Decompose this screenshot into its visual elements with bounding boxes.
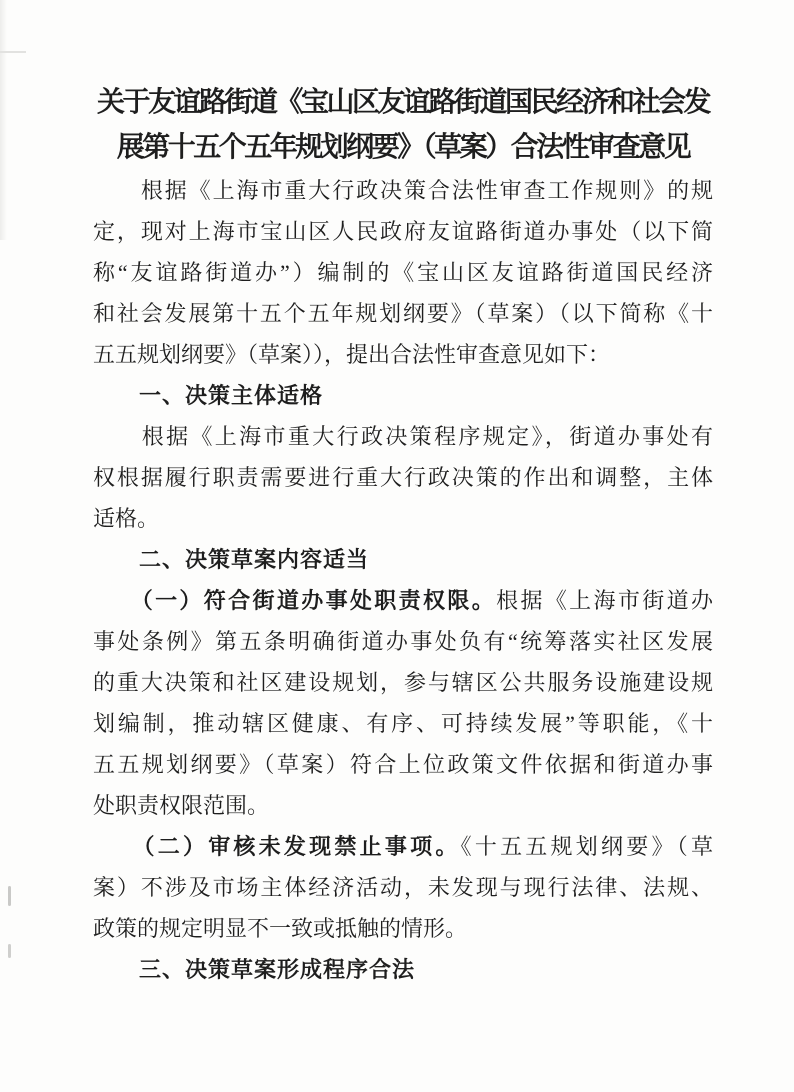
text-segment: 根据《上海市重大行政决策程序规定》，街道办事处有 [93, 424, 713, 449]
bold-text-segment: 一、决策主体适格 [93, 383, 323, 408]
text-segment: 和社会发展第十五个五年规划纲要》（草案）（以下简称《十 [93, 301, 713, 326]
text-segment: 《十五五规划纲要》（草 [461, 834, 713, 859]
text-line: 根据《上海市重大行政决策合法性审查工作规则》的规 [93, 170, 713, 211]
text-segment: 划编制，推动辖区健康、有序、可持续发展”等职能，《十 [93, 711, 713, 736]
document-content: 关于友谊路街道《宝山区友谊路街道国民经济和社会发 展第十五个五年规划纲要》（草案… [93, 0, 713, 990]
bold-text-segment: （二）审核未发现禁止事项。 [93, 834, 461, 859]
text-line: 事处条例》第五条明确街道办事处负有“统筹落实社区发展 [93, 621, 713, 662]
paragraph: 根据《上海市重大行政决策程序规定》，街道办事处有权根据履行职责需要进行重大行政决… [93, 416, 713, 539]
text-segment: 根据《上海市重大行政决策合法性审查工作规则》的规 [93, 178, 713, 203]
document-page: 关于友谊路街道《宝山区友谊路街道国民经济和社会发 展第十五个五年规划纲要》（草案… [0, 0, 794, 1092]
document-title: 关于友谊路街道《宝山区友谊路街道国民经济和社会发 展第十五个五年规划纲要》（草案… [93, 80, 713, 170]
text-segment: 处职责权限范围。 [93, 793, 269, 818]
text-line: 划编制，推动辖区健康、有序、可持续发展”等职能，《十 [93, 703, 713, 744]
text-line: 根据《上海市重大行政决策程序规定》，街道办事处有 [93, 416, 713, 457]
text-segment: 案）不涉及市场主体经济活动，未发现与现行法律、法规、 [93, 875, 713, 900]
text-line: 一、决策主体适格 [93, 375, 713, 416]
paragraph: 根据《上海市重大行政决策合法性审查工作规则》的规定，现对上海市宝山区人民政府友谊… [93, 170, 713, 375]
text-line: 权根据履行职责需要进行重大行政决策的作出和调整，主体 [93, 457, 713, 498]
scan-artifact-dash [8, 944, 11, 958]
text-segment: 事处条例》第五条明确街道办事处负有“统筹落实社区发展 [93, 629, 713, 654]
scan-artifact-dash [8, 886, 11, 906]
scan-edge-shadow [0, 0, 7, 240]
text-line: 称“友谊路街道办”）编制的《宝山区友谊路街道国民经济 [93, 252, 713, 293]
text-segment: 根据《上海市街道办 [496, 588, 713, 613]
text-segment: 权根据履行职责需要进行重大行政决策的作出和调整，主体 [93, 465, 713, 490]
text-segment: 适格。 [93, 506, 159, 531]
text-segment: 五五规划纲要》（草案）符合上位政策文件依据和街道办事 [93, 752, 713, 777]
text-segment: 的重大决策和社区建设规划，参与辖区公共服务设施建设规 [93, 670, 713, 695]
text-line: 案）不涉及市场主体经济活动，未发现与现行法律、法规、 [93, 867, 713, 908]
text-line: 政策的规定明显不一致或抵触的情形。 [93, 908, 713, 949]
text-line: 和社会发展第十五个五年规划纲要》（草案）（以下简称《十 [93, 293, 713, 334]
text-line: 适格。 [93, 498, 713, 539]
text-line: （一）符合街道办事处职责权限。根据《上海市街道办 [93, 580, 713, 621]
text-segment: 称“友谊路街道办”）编制的《宝山区友谊路街道国民经济 [93, 260, 713, 285]
text-line: 处职责权限范围。 [93, 785, 713, 826]
paragraph: （二）审核未发现禁止事项。《十五五规划纲要》（草案）不涉及市场主体经济活动，未发… [93, 826, 713, 949]
document-body: 根据《上海市重大行政决策合法性审查工作规则》的规定，现对上海市宝山区人民政府友谊… [93, 170, 713, 990]
bold-text-segment: 三、决策草案形成程序合法 [93, 957, 415, 982]
text-segment: 五五规划纲要》（草案）），提出合法性审查意见如下： [93, 342, 610, 367]
text-segment: 定，现对上海市宝山区人民政府友谊路街道办事处（以下简 [93, 219, 713, 244]
section-heading: 二、决策草案内容适当 [93, 539, 713, 580]
bold-text-segment: 二、决策草案内容适当 [93, 547, 369, 572]
text-line: 二、决策草案内容适当 [93, 539, 713, 580]
bold-text-segment: （一）符合街道办事处职责权限。 [93, 588, 496, 613]
text-segment: 政策的规定明显不一致或抵触的情形。 [93, 916, 467, 941]
text-line: （二）审核未发现禁止事项。《十五五规划纲要》（草 [93, 826, 713, 867]
section-heading: 三、决策草案形成程序合法 [93, 949, 713, 990]
paragraph: （一）符合街道办事处职责权限。根据《上海市街道办事处条例》第五条明确街道办事处负… [93, 580, 713, 826]
section-heading: 一、决策主体适格 [93, 375, 713, 416]
scan-artifact-line [0, 51, 26, 53]
text-line: 的重大决策和社区建设规划，参与辖区公共服务设施建设规 [93, 662, 713, 703]
text-line: 五五规划纲要》（草案）），提出合法性审查意见如下： [93, 334, 713, 375]
text-line: 定，现对上海市宝山区人民政府友谊路街道办事处（以下简 [93, 211, 713, 252]
text-line: 三、决策草案形成程序合法 [93, 949, 713, 990]
title-line-2: 展第十五个五年规划纲要》（草案）合法性审查意见 [93, 125, 713, 170]
text-line: 五五规划纲要》（草案）符合上位政策文件依据和街道办事 [93, 744, 713, 785]
title-line-1: 关于友谊路街道《宝山区友谊路街道国民经济和社会发 [93, 80, 713, 125]
